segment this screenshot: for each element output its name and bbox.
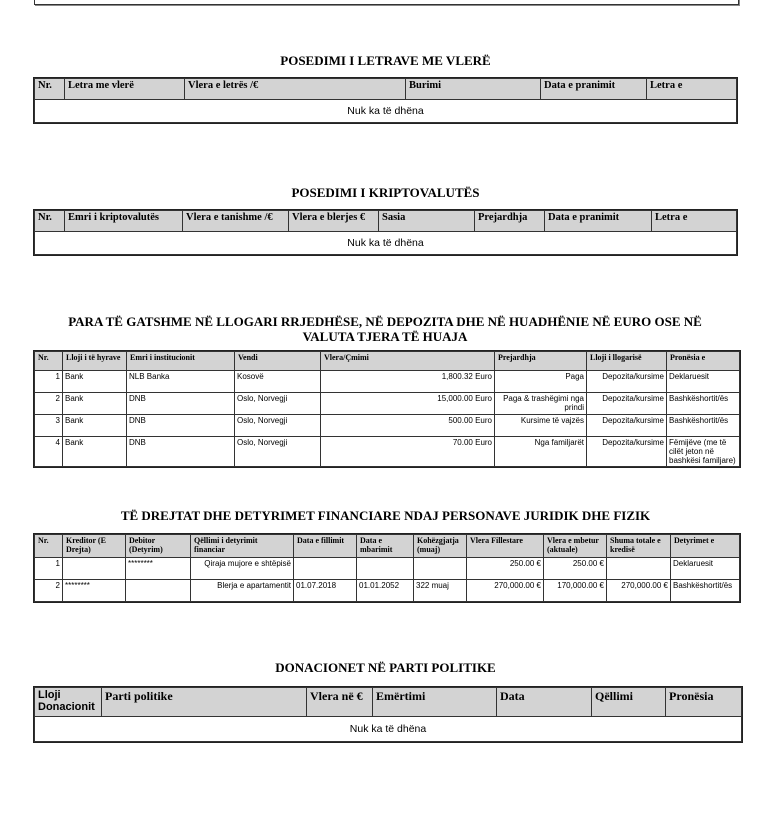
cell-start-date: 01.07.2018 [294,580,357,602]
cell-institution: DNB [127,415,235,437]
col-header: Letra e [652,211,737,232]
col-header: Nr. [35,352,63,371]
securities-table: Nr. Letra me vlerë Vlera e letrës /€ Bur… [34,78,737,123]
crypto-table: Nr. Emri i kriptovalutës Vlera e tanishm… [34,210,737,255]
cell-remaining-value: 250.00 € [544,558,607,580]
empty-message: Nuk ka të dhëna [35,717,742,742]
col-header: Data [497,688,592,717]
cell-nr: 2 [35,580,63,602]
col-header: Qëllimi i detyrimit financiar [191,535,294,558]
cell-origin: Paga [495,371,587,393]
col-header: Shuma totale e kredisë [607,535,671,558]
cell-obligations-of: Bashkëshortit/ës [671,580,740,602]
obligations-table: Nr. Kreditor (E Drejta) Debitor (Detyrim… [34,534,740,602]
cell-country: Oslo, Norvegji [235,437,321,467]
cell-nr: 3 [35,415,63,437]
cell-income-type: Bank [63,437,127,467]
table-row: 2 Bank DNB Oslo, Norvegji 15,000.00 Euro… [35,393,740,415]
empty-message: Nuk ka të dhëna [35,232,737,255]
cell-value: 1,800.32 Euro [321,371,495,393]
table-header-row: Lloji Donacionit Parti politike Vlera në… [35,688,742,717]
cash-table: Nr. Lloji i të hyrave Emri i institucion… [34,351,740,467]
table-header-row: Nr. Letra me vlerë Vlera e letrës /€ Bur… [35,79,737,100]
cell-account-type: Depozita/kursime [587,393,667,415]
cash-title: PARA TË GATSHME NË LLOGARI RRJEDHËSE, NË… [50,314,720,344]
cell-purpose: Blerja e apartamentit [191,580,294,602]
cell-creditor: ******** [63,580,126,602]
cell-value: 70.00 Euro [321,437,495,467]
cell-ownership: Fëmijëve (me të cilët jeton në bashkësi … [667,437,740,467]
cell-country: Kosovë [235,371,321,393]
col-header: Emri i kriptovalutës [65,211,183,232]
col-header: Data e pranimit [545,211,652,232]
empty-message: Nuk ka të dhëna [35,100,737,123]
table-row: 1 Bank NLB Banka Kosovë 1,800.32 Euro Pa… [35,371,740,393]
cell-debtor: ******** [126,558,191,580]
col-header: Emri i institucionit [127,352,235,371]
col-header: Vlera në € [307,688,373,717]
cell-purpose: Qiraja mujore e shtëpisë [191,558,294,580]
cell-ownership: Bashkëshortit/ës [667,415,740,437]
col-header: Vlera/Çmimi [321,352,495,371]
cell-nr: 2 [35,393,63,415]
col-header: Vlera e mbetur (aktuale) [544,535,607,558]
col-header: Nr. [35,79,65,100]
col-header: Data e mbarimit [357,535,414,558]
cell-origin: Nga familjarët [495,437,587,467]
cell-duration [414,558,467,580]
cell-total-credit [607,558,671,580]
col-header: Burimi [406,79,541,100]
table-row: 3 Bank DNB Oslo, Norvegji 500.00 Euro Ku… [35,415,740,437]
col-header: Parti politike [102,688,307,717]
donations-table: Lloji Donacionit Parti politike Vlera në… [34,687,742,742]
cell-end-date: 01.01.2052 [357,580,414,602]
col-header: Vlera e letrës /€ [185,79,406,100]
col-header: Sasia [379,211,475,232]
col-header: Vendi [235,352,321,371]
col-header: Data e fillimit [294,535,357,558]
table-row: 2 ******** Blerja e apartamentit 01.07.2… [35,580,740,602]
securities-title: POSEDIMI I LETRAVE ME VLERË [34,53,737,68]
table-row: 1 ******** Qiraja mujore e shtëpisë 250.… [35,558,740,580]
col-header: Lloji Donacionit [35,688,102,717]
col-header: Lloji i të hyrave [63,352,127,371]
cell-institution: NLB Banka [127,371,235,393]
cell-origin: Paga & trashëgimi nga prindi [495,393,587,415]
cell-nr: 1 [35,558,63,580]
col-header: Pronësia [666,688,742,717]
col-header: Prejardhja [495,352,587,371]
col-header: Lloji i llogarisë [587,352,667,371]
table-row: Nuk ka të dhëna [35,100,737,123]
col-header: Data e pranimit [541,79,647,100]
cell-duration: 322 muaj [414,580,467,602]
col-header: Letra e [647,79,737,100]
table-header-row: Nr. Lloji i të hyrave Emri i institucion… [35,352,740,371]
cell-start-date [294,558,357,580]
table-header-row: Nr. Emri i kriptovalutës Vlera e tanishm… [35,211,737,232]
previous-section-table-end [34,0,739,5]
col-header: Qëllimi [592,688,666,717]
col-header: Nr. [35,535,63,558]
col-header: Debitor (Detyrim) [126,535,191,558]
donations-title: DONACIONET NË PARTI POLITIKE [34,660,737,675]
col-header: Kohëzgjatja (muaj) [414,535,467,558]
col-header: Vlera Fillestare [467,535,544,558]
cell-ownership: Bashkëshortit/ës [667,393,740,415]
col-header: Vlera e blerjes € [289,211,379,232]
cell-value: 15,000.00 Euro [321,393,495,415]
cell-ownership: Deklaruesit [667,371,740,393]
col-header: Prejardhja [475,211,545,232]
cell-initial-value: 270,000.00 € [467,580,544,602]
cell-income-type: Bank [63,415,127,437]
table-row: Nuk ka të dhëna [35,717,742,742]
cell-debtor [126,580,191,602]
cell-creditor [63,558,126,580]
col-header: Letra me vlerë [65,79,185,100]
cell-account-type: Depozita/kursime [587,371,667,393]
cell-end-date [357,558,414,580]
cell-account-type: Depozita/kursime [587,437,667,467]
table-row: 4 Bank DNB Oslo, Norvegji 70.00 Euro Nga… [35,437,740,467]
cell-country: Oslo, Norvegji [235,393,321,415]
col-header: Emërtimi [373,688,497,717]
cell-institution: DNB [127,393,235,415]
crypto-title: POSEDIMI I KRIPTOVALUTËS [34,185,737,200]
cell-income-type: Bank [63,393,127,415]
col-header: Vlera e tanishme /€ [183,211,289,232]
col-header: Pronësia e [667,352,740,371]
cell-income-type: Bank [63,371,127,393]
cell-nr: 4 [35,437,63,467]
cell-origin: Kursime të vajzës [495,415,587,437]
cell-institution: DNB [127,437,235,467]
table-row: Nuk ka të dhëna [35,232,737,255]
cell-value: 500.00 Euro [321,415,495,437]
cell-country: Oslo, Norvegji [235,415,321,437]
col-header: Nr. [35,211,65,232]
cell-obligations-of: Deklaruesit [671,558,740,580]
cell-total-credit: 270,000.00 € [607,580,671,602]
table-header-row: Nr. Kreditor (E Drejta) Debitor (Detyrim… [35,535,740,558]
col-header: Kreditor (E Drejta) [63,535,126,558]
obligations-title: TË DREJTAT DHE DETYRIMET FINANCIARE NDAJ… [34,508,737,523]
col-header: Detyrimet e [671,535,740,558]
cell-nr: 1 [35,371,63,393]
cell-remaining-value: 170,000.00 € [544,580,607,602]
cell-initial-value: 250.00 € [467,558,544,580]
cell-account-type: Depozita/kursime [587,415,667,437]
